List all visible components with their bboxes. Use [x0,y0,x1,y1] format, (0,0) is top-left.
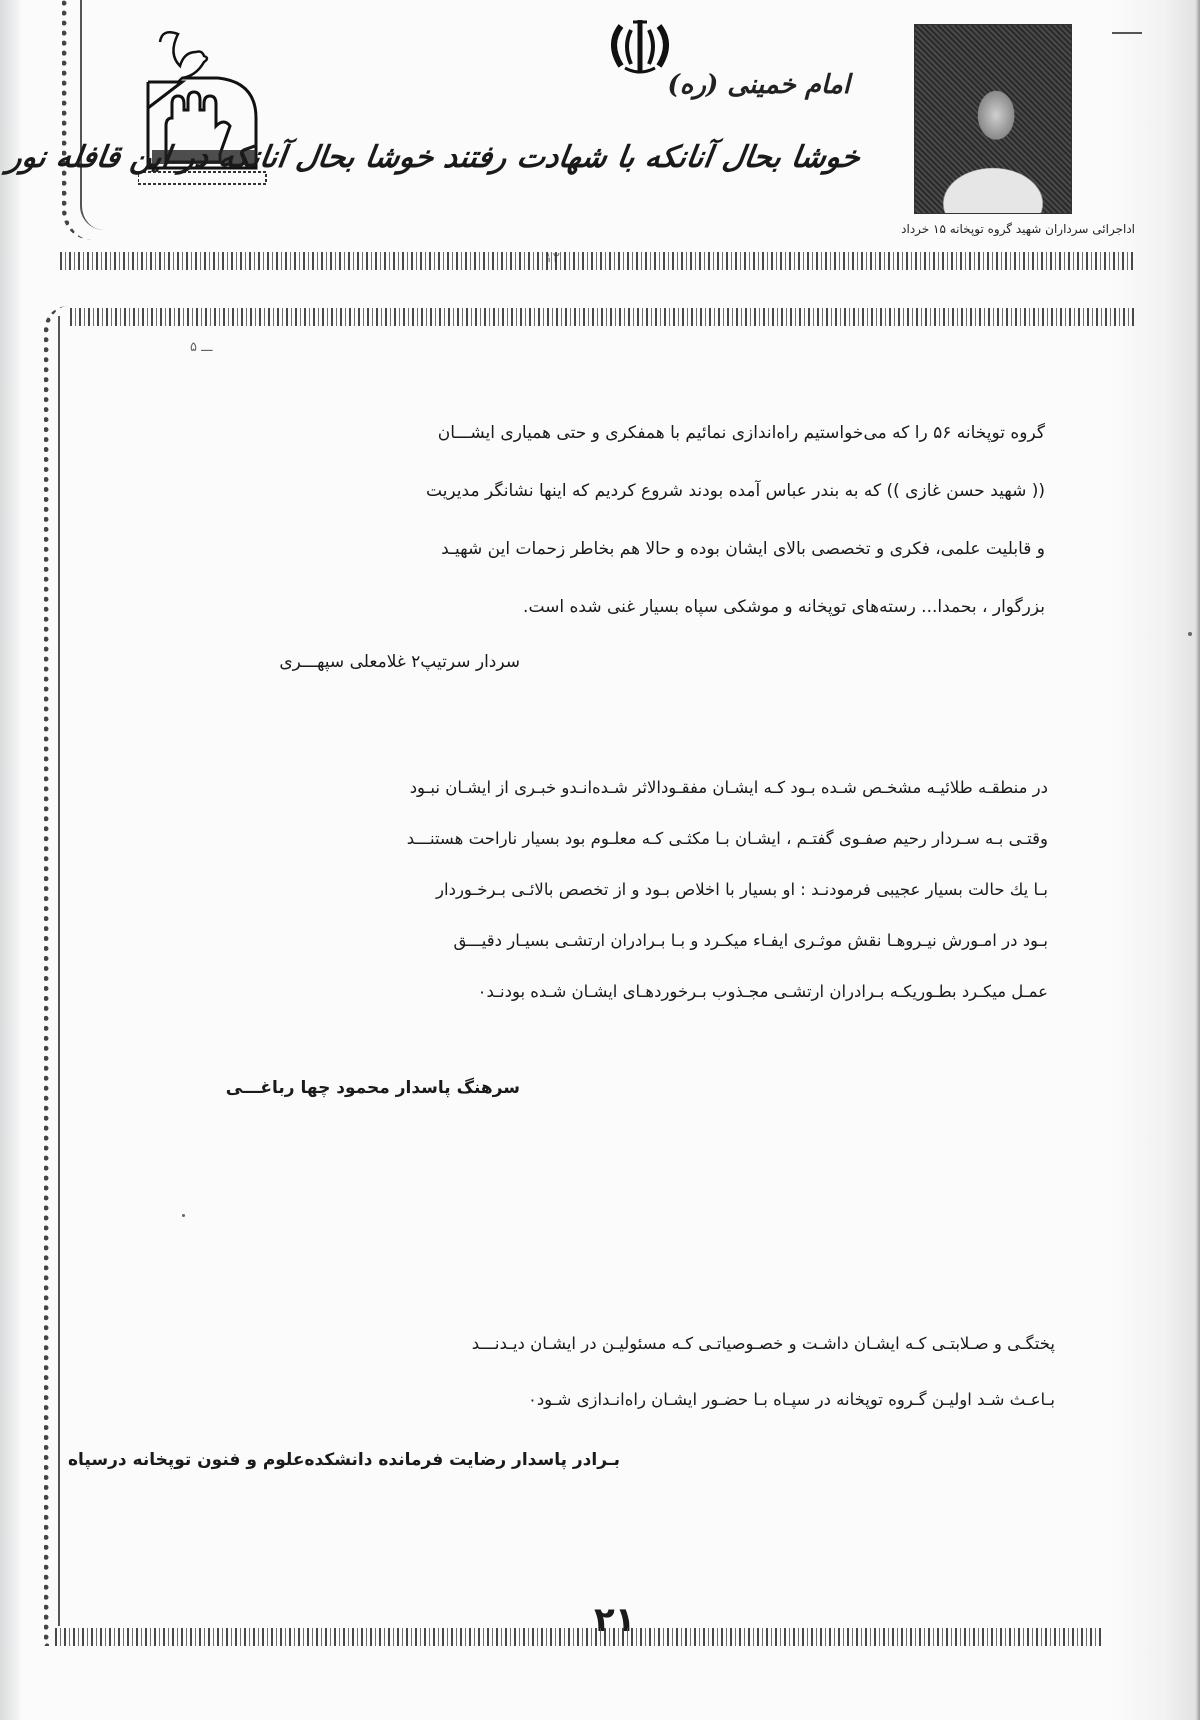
pencil-stroke [1112,32,1142,34]
scan-speck [182,1214,185,1217]
signature-1: سردار سرتیپ۲ غلامعلی سپهـــری [190,652,520,672]
text-line: عمـل میکـرد بطـوریکـه بـرادران ارتشـی مج… [160,966,1048,1017]
body-frame-inner-border [58,316,60,1626]
ornament-band-footer [55,1628,1103,1646]
margin-mark: ۵ ـــ [190,340,213,355]
scan-shadow-left [0,0,22,1720]
testimony-3: پختگـی و صـلابتـی کـه ایشـان داشـت و خصـ… [160,1316,1055,1428]
testimony-2: در منطقـه طلائیـه مشخـص شـده بـود کـه ای… [160,762,1048,1017]
text-line: بـا یك حالت بسیار عجیبی فرمودنـد : او بس… [160,864,1048,915]
text-line: و قابلیت علمی، فکری و تخصصی بالای ایشان … [190,520,1045,578]
text-line: (( شهید حسن غازی )) که به بندر عباس آمده… [190,462,1045,520]
signature-2: سرهنگ پاسدار محمود چها رباغـــی [190,1078,520,1098]
text-line: بـود در امـورش نیـروهـا نقش موثـری ایفـا… [160,915,1048,966]
calligraphy-attribution: امام خمینی (ره) [667,70,850,100]
iran-emblem-icon [605,14,675,76]
text-line: گروه توپخانه ۵۶ را که می‌خواستیم راه‌اند… [190,404,1045,462]
martyr-portrait-photo [914,24,1072,214]
ornament-band-header [60,252,1135,270]
text-line: در منطقـه طلائیـه مشخـص شـده بـود کـه ای… [160,762,1048,813]
header-calligraphy: امام خمینی (ره) خوشا بحال آنانکه با شهاد… [300,70,860,220]
testimony-1: گروه توپخانه ۵۶ را که می‌خواستیم راه‌اند… [190,404,1045,636]
signature-3: بـرادر پاسدار رضایت فرمانده دانشکده‌علوم… [100,1450,620,1470]
text-line: وقتـی بـه سـردار رحیم صفـوی گفتـم ، ایشـ… [160,813,1048,864]
portrait-caption: اداجرائی سرداران شهید گروه توپخانه ۱۵ خر… [805,222,1135,236]
text-line: بـاعـث شـد اولیـن گـروه توپخانه در سپـاه… [160,1372,1055,1428]
calligraphy-verse: خوشا بحال آنانکه با شهادت رفتند خوشا بحا… [0,140,862,175]
text-line: بزرگوار ، بحمدا... رسته‌های توپخانه و مو… [190,578,1045,636]
scan-speck [1188,632,1192,636]
text-line: پختگـی و صـلابتـی کـه ایشـان داشـت و خصـ… [160,1316,1055,1372]
